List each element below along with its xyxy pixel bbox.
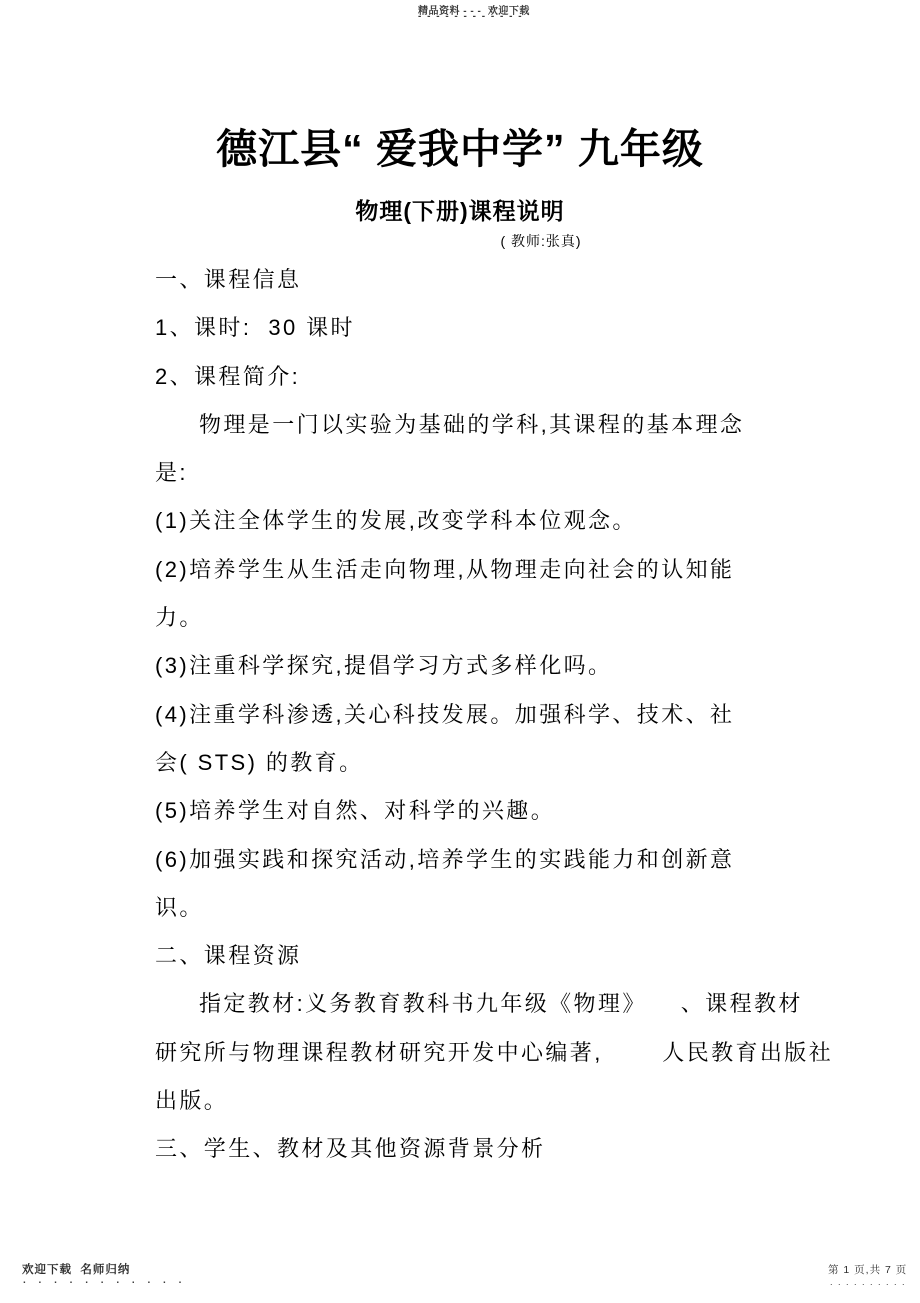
body-line: 1、课时: 30 课时 bbox=[155, 304, 815, 352]
header-divider-dashes: - - - - - - - - - - - - bbox=[418, 11, 523, 22]
footer-dots-left: . . . . . . . . . . . bbox=[23, 1275, 186, 1286]
page-number: 第 1 页,共 7 页 bbox=[828, 1262, 907, 1277]
body-line: (2)培养学生从生活走向物理,从物理走向社会的认知能 bbox=[155, 546, 815, 594]
body-line: 指定教材:义务教育教科书九年级《物理》 、课程教材 bbox=[155, 980, 815, 1028]
body-line: (4)注重学科渗透,关心科技发展。加强科学、技术、社 bbox=[155, 691, 815, 739]
body-line: (6)加强实践和探究活动,培养学生的实践能力和创新意 bbox=[155, 836, 815, 884]
body-lines: 一、课程信息1、课时: 30 课时2、课程简介:物理是一门以实验为基础的学科,其… bbox=[155, 256, 815, 1174]
document-subtitle: 物理(下册)课程说明 bbox=[0, 193, 920, 226]
body-line: 研究所与物理课程教材研究开发中心编著, 人民教育出版社 bbox=[155, 1029, 815, 1077]
body-line: (3)注重科学探究,提倡学习方式多样化吗。 bbox=[155, 642, 815, 690]
document-page: 精品资料 - - - 欢迎下载 - - - - - - - - - - - - … bbox=[0, 0, 920, 1303]
body-line: 2、课程简介: bbox=[155, 353, 815, 401]
body-line: 物理是一门以实验为基础的学科,其课程的基本理念 bbox=[155, 401, 815, 449]
body-line: 会( STS) 的教育。 bbox=[155, 739, 815, 787]
body-line: 三、学生、教材及其他资源背景分析 bbox=[155, 1125, 815, 1173]
teacher-line: ( 教师:张真) bbox=[500, 231, 581, 251]
body-line: 识。 bbox=[155, 884, 815, 932]
body-line: 是: bbox=[155, 449, 815, 497]
body-line: 力。 bbox=[155, 594, 815, 642]
body-line: (5)培养学生对自然、对科学的兴趣。 bbox=[155, 787, 815, 835]
body-line: (1)关注全体学生的发展,改变学科本位观念。 bbox=[155, 497, 815, 545]
body-line: 二、课程资源 bbox=[155, 932, 815, 980]
body-line: 出版。 bbox=[155, 1077, 815, 1125]
footer-dots-right: . . . . . . . . . . bbox=[830, 1277, 906, 1287]
document-title: 德江县“ 爱我中学” 九年级 bbox=[0, 116, 920, 175]
body-line: 一、课程信息 bbox=[155, 256, 815, 304]
